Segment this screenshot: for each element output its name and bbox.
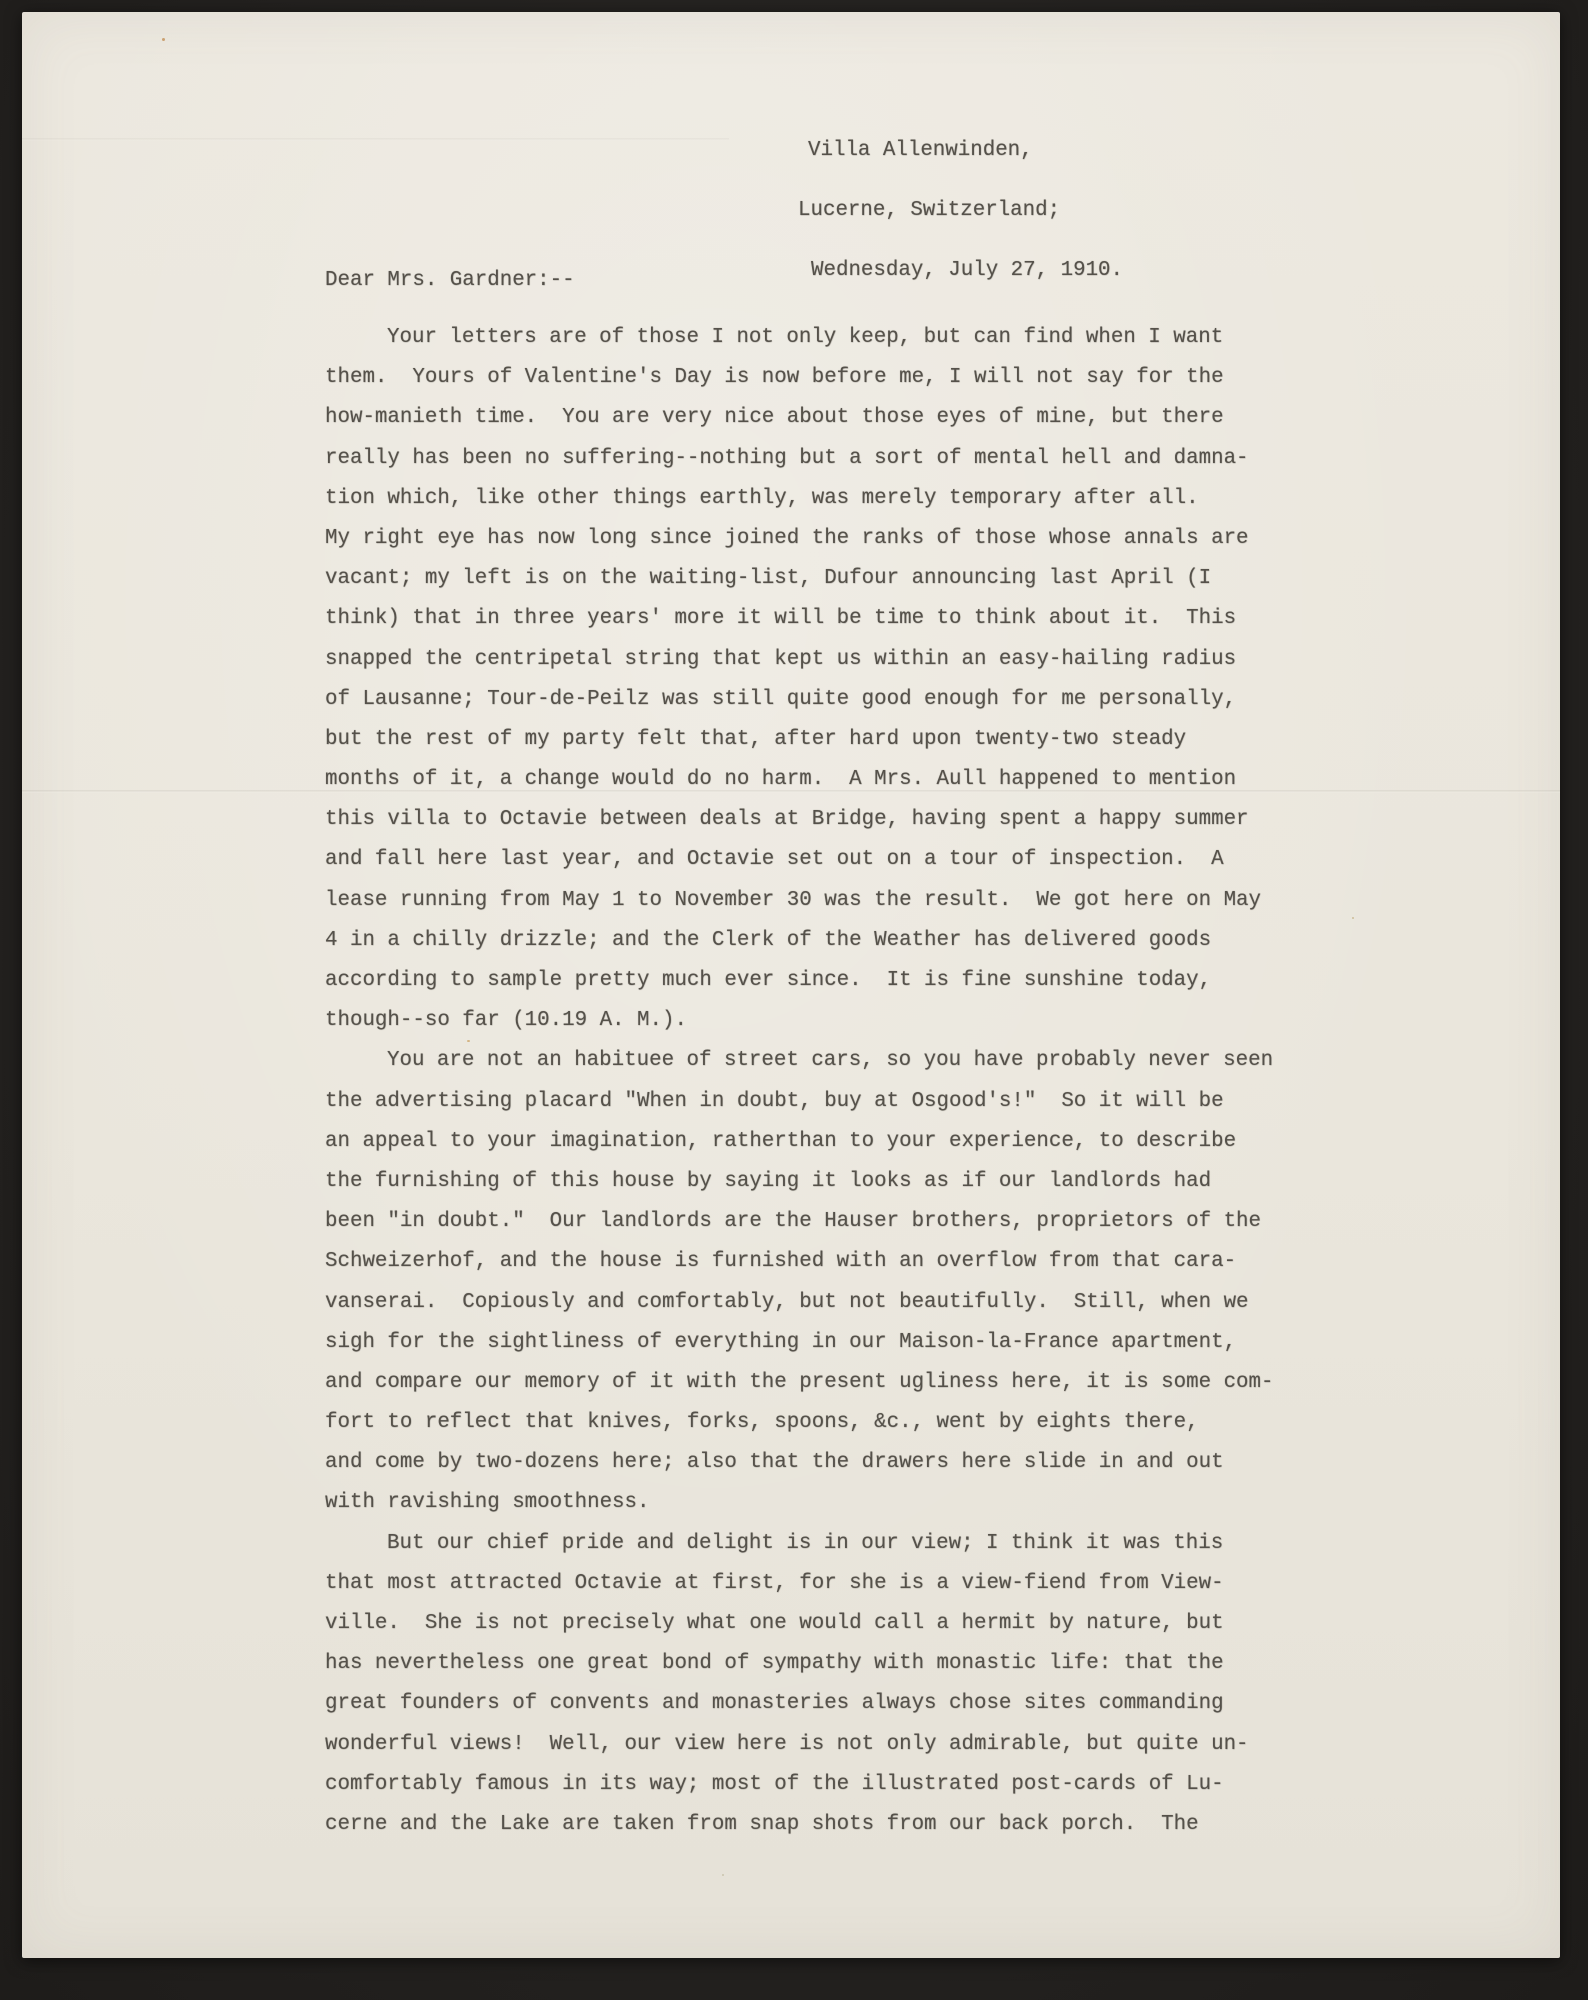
letter-line: according to sample pretty much ever sin…	[325, 961, 1385, 1001]
letter-line: that most attracted Octavie at first, fo…	[325, 1564, 1385, 1604]
letter-heading: Villa Allenwinden, Lucerne, Switzerland;…	[798, 101, 1123, 321]
letter-line: and compare our memory of it with the pr…	[325, 1363, 1385, 1403]
letter-line: and come by two-dozens here; also that t…	[325, 1443, 1385, 1483]
letter-line: great founders of convents and monasteri…	[325, 1684, 1385, 1724]
letter-line: My right eye has now long since joined t…	[325, 519, 1385, 559]
letter-line: wonderful views! Well, our view here is …	[325, 1725, 1385, 1765]
letter-line: comfortably famous in its way; most of t…	[325, 1765, 1385, 1805]
paper-speck	[162, 38, 165, 41]
letter-line: and fall here last year, and Octavie set…	[325, 840, 1385, 880]
letter-line: sigh for the sightliness of everything i…	[325, 1323, 1385, 1363]
letter-line: tion which, like other things earthly, w…	[325, 479, 1385, 519]
letter-line: vanserai. Copiously and comfortably, but…	[325, 1283, 1385, 1323]
letter-line: cerne and the Lake are taken from snap s…	[325, 1805, 1385, 1845]
letter-line: snapped the centripetal string that kept…	[325, 640, 1385, 680]
letter-line: But our chief pride and delight is in ou…	[325, 1524, 1385, 1564]
letter-line: Schweizerhof, and the house is furnished…	[325, 1242, 1385, 1282]
letter-line: lease running from May 1 to November 30 …	[325, 881, 1385, 921]
paper-crease	[22, 138, 729, 141]
letter-line: months of it, a change would do no harm.…	[325, 760, 1385, 800]
letter-line: with ravishing smoothness.	[325, 1483, 1385, 1523]
letter-line: though--so far (10.19 A. M.).	[325, 1001, 1385, 1041]
letter-line: them. Yours of Valentine's Day is now be…	[325, 358, 1385, 398]
letter-line: fort to reflect that knives, forks, spoo…	[325, 1403, 1385, 1443]
letter-line: really has been no suffering--nothing bu…	[325, 439, 1385, 479]
letter-page: Villa Allenwinden, Lucerne, Switzerland;…	[22, 12, 1560, 1958]
letter-line: this villa to Octavie between deals at B…	[325, 800, 1385, 840]
letter-line: an appeal to your imagination, rathertha…	[325, 1122, 1385, 1162]
letter-line: You are not an habituee of street cars, …	[325, 1041, 1385, 1081]
letter-salutation: Dear Mrs. Gardner:--	[325, 261, 575, 301]
letter-line: think) that in three years' more it will…	[325, 599, 1385, 639]
letter-paragraph: You are not an habituee of street cars, …	[325, 1041, 1385, 1523]
heading-villa-line: Villa Allenwinden,	[808, 141, 1123, 161]
letter-line: Your letters are of those I not only kee…	[325, 318, 1385, 358]
scanned-letter-screenshot: { "colors": { "background": "#242220", "…	[0, 0, 1588, 2000]
letter-paragraph: Your letters are of those I not only kee…	[325, 318, 1385, 1041]
letter-line: the furnishing of this house by saying i…	[325, 1162, 1385, 1202]
letter-paragraph: But our chief pride and delight is in ou…	[325, 1524, 1385, 1846]
letter-line: the advertising placard "When in doubt, …	[325, 1082, 1385, 1122]
letter-line: has nevertheless one great bond of sympa…	[325, 1644, 1385, 1684]
letter-line: vacant; my left is on the waiting-list, …	[325, 559, 1385, 599]
letter-line: but the rest of my party felt that, afte…	[325, 720, 1385, 760]
letter-line: been "in doubt." Our landlords are the H…	[325, 1202, 1385, 1242]
paper-speck	[722, 1874, 724, 1876]
heading-date-line: Wednesday, July 27, 1910.	[811, 261, 1123, 281]
letter-body: Your letters are of those I not only kee…	[325, 318, 1385, 1845]
letter-line: of Lausanne; Tour-de-Peilz was still qui…	[325, 680, 1385, 720]
letter-line: ville. She is not precisely what one wou…	[325, 1604, 1385, 1644]
letter-line: how-manieth time. You are very nice abou…	[325, 398, 1385, 438]
letter-line: 4 in a chilly drizzle; and the Clerk of …	[325, 921, 1385, 961]
heading-city-line: Lucerne, Switzerland;	[798, 201, 1123, 221]
